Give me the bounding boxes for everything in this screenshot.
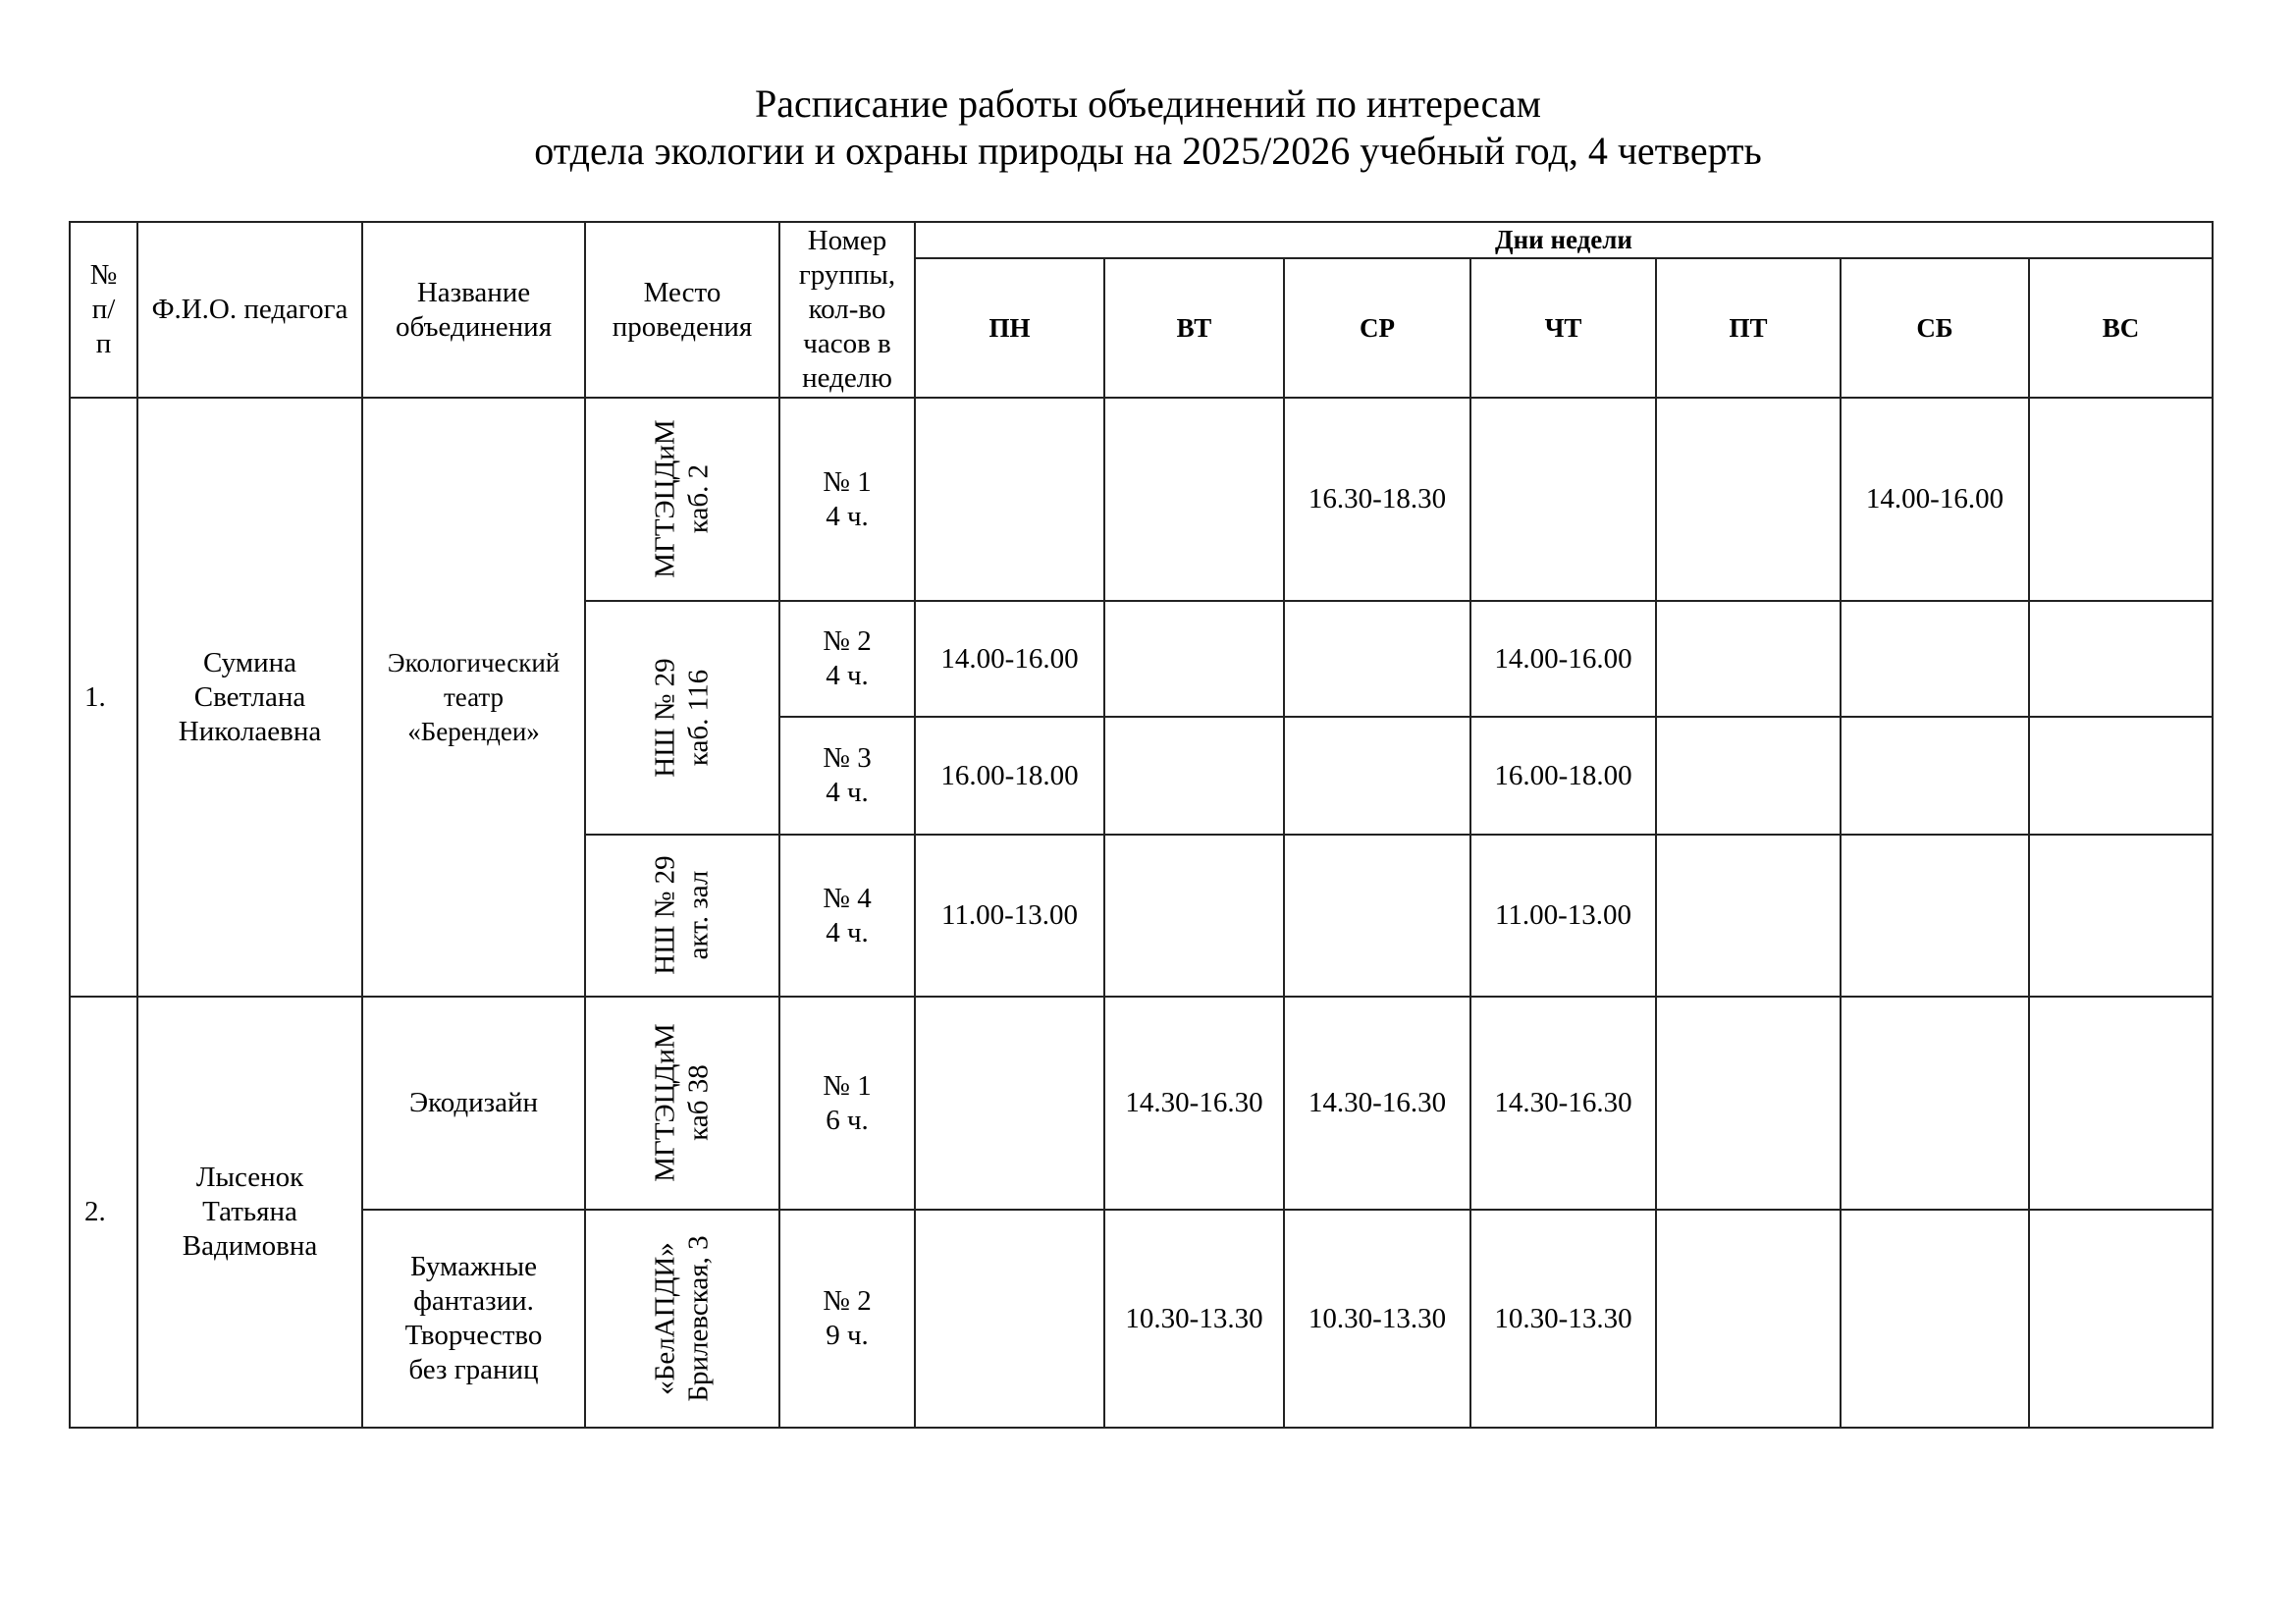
header-place: Место проведения [585, 222, 779, 398]
header-teacher: Ф.И.О. педагога [137, 222, 362, 398]
time-cell [1656, 997, 1841, 1210]
table-row: 2. Лысенок Татьяна Вадимовна Экодизайн М… [70, 997, 2213, 1210]
time-cell [1656, 717, 1841, 835]
time-cell [1104, 717, 1284, 835]
row-num: 2. [70, 997, 137, 1428]
time-cell: 10.30-13.30 [1104, 1210, 1284, 1428]
time-cell [2029, 601, 2213, 717]
row-num: 1. [70, 398, 137, 997]
place-text: МГТЭЦДиМкаб 38 [649, 1023, 716, 1181]
time-cell [1841, 1210, 2029, 1428]
time-cell: 16.00-18.00 [1470, 717, 1656, 835]
place-cell: НШ № 29акт. зал [585, 835, 779, 997]
time-cell [1841, 717, 2029, 835]
teacher-name: Лысенок Татьяна Вадимовна [137, 997, 362, 1428]
document-title-line1: Расписание работы объединений по интерес… [0, 81, 2296, 128]
header-association: Название объединения [362, 222, 585, 398]
time-cell [2029, 717, 2213, 835]
schedule-table: №п/п Ф.И.О. педагога Название объединени… [69, 221, 2214, 1429]
time-cell [1284, 835, 1470, 997]
time-cell [2029, 1210, 2213, 1428]
time-cell: 14.00-16.00 [915, 601, 1104, 717]
header-group: Номер группы, кол-во часов в неделю [779, 222, 915, 398]
time-cell [1656, 835, 1841, 997]
place-cell: НШ № 29каб. 116 [585, 601, 779, 835]
place-cell: МГТЭЦДиМкаб. 2 [585, 398, 779, 601]
time-cell: 16.30-18.30 [1284, 398, 1470, 601]
time-cell [915, 1210, 1104, 1428]
time-cell: 14.30-16.30 [1284, 997, 1470, 1210]
place-text: НШ № 29акт. зал [649, 855, 716, 974]
time-cell: 14.30-16.30 [1470, 997, 1656, 1210]
time-cell [1841, 835, 2029, 997]
header-days-group: Дни недели [915, 222, 2213, 258]
header-num: №п/п [70, 222, 137, 398]
header-day-fri: ПТ [1656, 258, 1841, 398]
header-day-wed: СР [1284, 258, 1470, 398]
group-cell: № 34 ч. [779, 717, 915, 835]
time-cell [2029, 398, 2213, 601]
table-row: Бумажные фантазии. Творчество без границ… [70, 1210, 2213, 1428]
time-cell: 10.30-13.30 [1284, 1210, 1470, 1428]
time-cell: 14.00-16.00 [1470, 601, 1656, 717]
time-cell [1104, 835, 1284, 997]
teacher-name: Сумина Светлана Николаевна [137, 398, 362, 997]
group-cell: № 29 ч. [779, 1210, 915, 1428]
time-cell: 16.00-18.00 [915, 717, 1104, 835]
time-cell [915, 997, 1104, 1210]
group-cell: № 24 ч. [779, 601, 915, 717]
header-day-sat: СБ [1841, 258, 2029, 398]
time-cell: 11.00-13.00 [915, 835, 1104, 997]
time-cell [1104, 601, 1284, 717]
time-cell [1104, 398, 1284, 601]
time-cell [2029, 835, 2213, 997]
header-day-sun: ВС [2029, 258, 2213, 398]
header-day-mon: ПН [915, 258, 1104, 398]
association-name: Экологический театр «Берендеи» [362, 398, 585, 997]
time-cell [1470, 398, 1656, 601]
time-cell [1284, 601, 1470, 717]
time-cell: 14.30-16.30 [1104, 997, 1284, 1210]
time-cell: 14.00-16.00 [1841, 398, 2029, 601]
time-cell [1841, 601, 2029, 717]
time-cell [1656, 601, 1841, 717]
time-cell [2029, 997, 2213, 1210]
header-day-tue: ВТ [1104, 258, 1284, 398]
time-cell: 10.30-13.30 [1470, 1210, 1656, 1428]
document-title-line2: отдела экологии и охраны природы на 2025… [0, 128, 2296, 175]
group-cell: № 16 ч. [779, 997, 915, 1210]
place-text: МГТЭЦДиМкаб. 2 [649, 419, 716, 577]
time-cell [915, 398, 1104, 601]
time-cell [1284, 717, 1470, 835]
place-cell: МГТЭЦДиМкаб 38 [585, 997, 779, 1210]
time-cell: 11.00-13.00 [1470, 835, 1656, 997]
table-row: 1. Сумина Светлана Николаевна Экологичес… [70, 398, 2213, 601]
time-cell [1841, 997, 2029, 1210]
association-name: Бумажные фантазии. Творчество без границ [362, 1210, 585, 1428]
group-cell: № 44 ч. [779, 835, 915, 997]
place-cell: «БелАПДИ»Брилевская, 3 [585, 1210, 779, 1428]
header-day-thu: ЧТ [1470, 258, 1656, 398]
association-name: Экодизайн [362, 997, 585, 1210]
place-text: «БелАПДИ»Брилевская, 3 [649, 1235, 716, 1401]
group-cell: № 14 ч. [779, 398, 915, 601]
place-text: НШ № 29каб. 116 [649, 658, 716, 777]
time-cell [1656, 398, 1841, 601]
time-cell [1656, 1210, 1841, 1428]
